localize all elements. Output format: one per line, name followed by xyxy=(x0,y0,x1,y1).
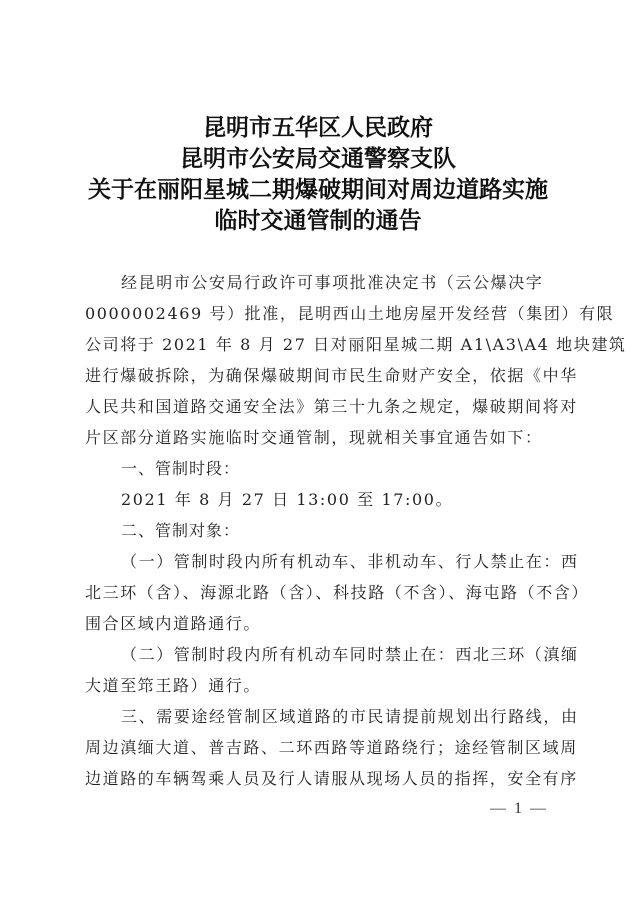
detour-line: 三、需要途经管制区域道路的市民请提前规划出行路线，由 xyxy=(85,701,557,732)
intro-line: 片区部分道路实施临时交通管制，现就相关事宜通告如下： xyxy=(85,422,557,453)
intro-line: 进行爆破拆除，为确保爆破期间市民生命财产安全，依据《中华 xyxy=(85,360,557,391)
document-body: 经昆明市公安局行政许可事项批准决定书（云公爆决字 0000002469 号）批准… xyxy=(85,267,557,794)
title-issuer-2: 昆明市公安局交通警察支队 xyxy=(0,143,636,174)
targets-item-2-line: 大道至筇王路）通行。 xyxy=(85,670,557,701)
targets-item-2-line: （二）管制时段内所有机动车同时禁止在：西北三环（滇缅 xyxy=(85,639,557,670)
targets-item-1-line: 北三环（含）、海源北路（含）、科技路（不含）、海屯路（不含） xyxy=(85,577,557,608)
section-heading-targets: 二、管制对象： xyxy=(85,515,557,546)
targets-item-2: （二）管制时段内所有机动车同时禁止在：西北三环（滇缅 大道至筇王路）通行。 xyxy=(85,639,557,701)
section-detour: 三、需要途经管制区域道路的市民请提前规划出行路线，由 周边滇缅大道、普吉路、二环… xyxy=(85,701,557,794)
intro-line: 经昆明市公安局行政许可事项批准决定书（云公爆决字 xyxy=(85,267,557,298)
document-page: 昆明市五华区人民政府 昆明市公安局交通警察支队 关于在丽阳星城二期爆破期间对周边… xyxy=(0,0,636,900)
intro-line: 0000002469 号）批准，昆明西山土地房屋开发经营（集团）有限 xyxy=(85,298,557,329)
title-subject-1: 关于在丽阳星城二期爆破期间对周边道路实施 xyxy=(0,174,636,205)
control-time-text: 2021 年 8 月 27 日 13:00 至 17:00。 xyxy=(85,484,557,515)
page-number: — 1 — xyxy=(490,800,548,818)
detour-line: 周边滇缅大道、普吉路、二环西路等道路绕行；途经管制区域周 xyxy=(85,732,557,763)
title-issuer-1: 昆明市五华区人民政府 xyxy=(0,112,636,143)
intro-paragraph: 经昆明市公安局行政许可事项批准决定书（云公爆决字 0000002469 号）批准… xyxy=(85,267,557,453)
targets-item-1-line: 围合区域内道路通行。 xyxy=(85,608,557,639)
detour-line: 边道路的车辆驾乘人员及行人请服从现场人员的指挥，安全有序 xyxy=(85,763,557,794)
document-title: 昆明市五华区人民政府 昆明市公安局交通警察支队 关于在丽阳星城二期爆破期间对周边… xyxy=(0,112,636,236)
targets-item-1: （一）管制时段内所有机动车、非机动车、行人禁止在：西 北三环（含）、海源北路（含… xyxy=(85,546,557,639)
intro-line: 人民共和国道路交通安全法》第三十九条之规定，爆破期间将对 xyxy=(85,391,557,422)
section-time-content: 2021 年 8 月 27 日 13:00 至 17:00。 xyxy=(85,484,557,515)
section-heading-time: 一、管制时段： xyxy=(85,453,557,484)
targets-item-1-line: （一）管制时段内所有机动车、非机动车、行人禁止在：西 xyxy=(85,546,557,577)
intro-line: 公司将于 2021 年 8 月 27 日对丽阳星城二期 A1\A3\A4 地块建… xyxy=(85,329,557,360)
title-subject-2: 临时交通管制的通告 xyxy=(0,205,636,236)
